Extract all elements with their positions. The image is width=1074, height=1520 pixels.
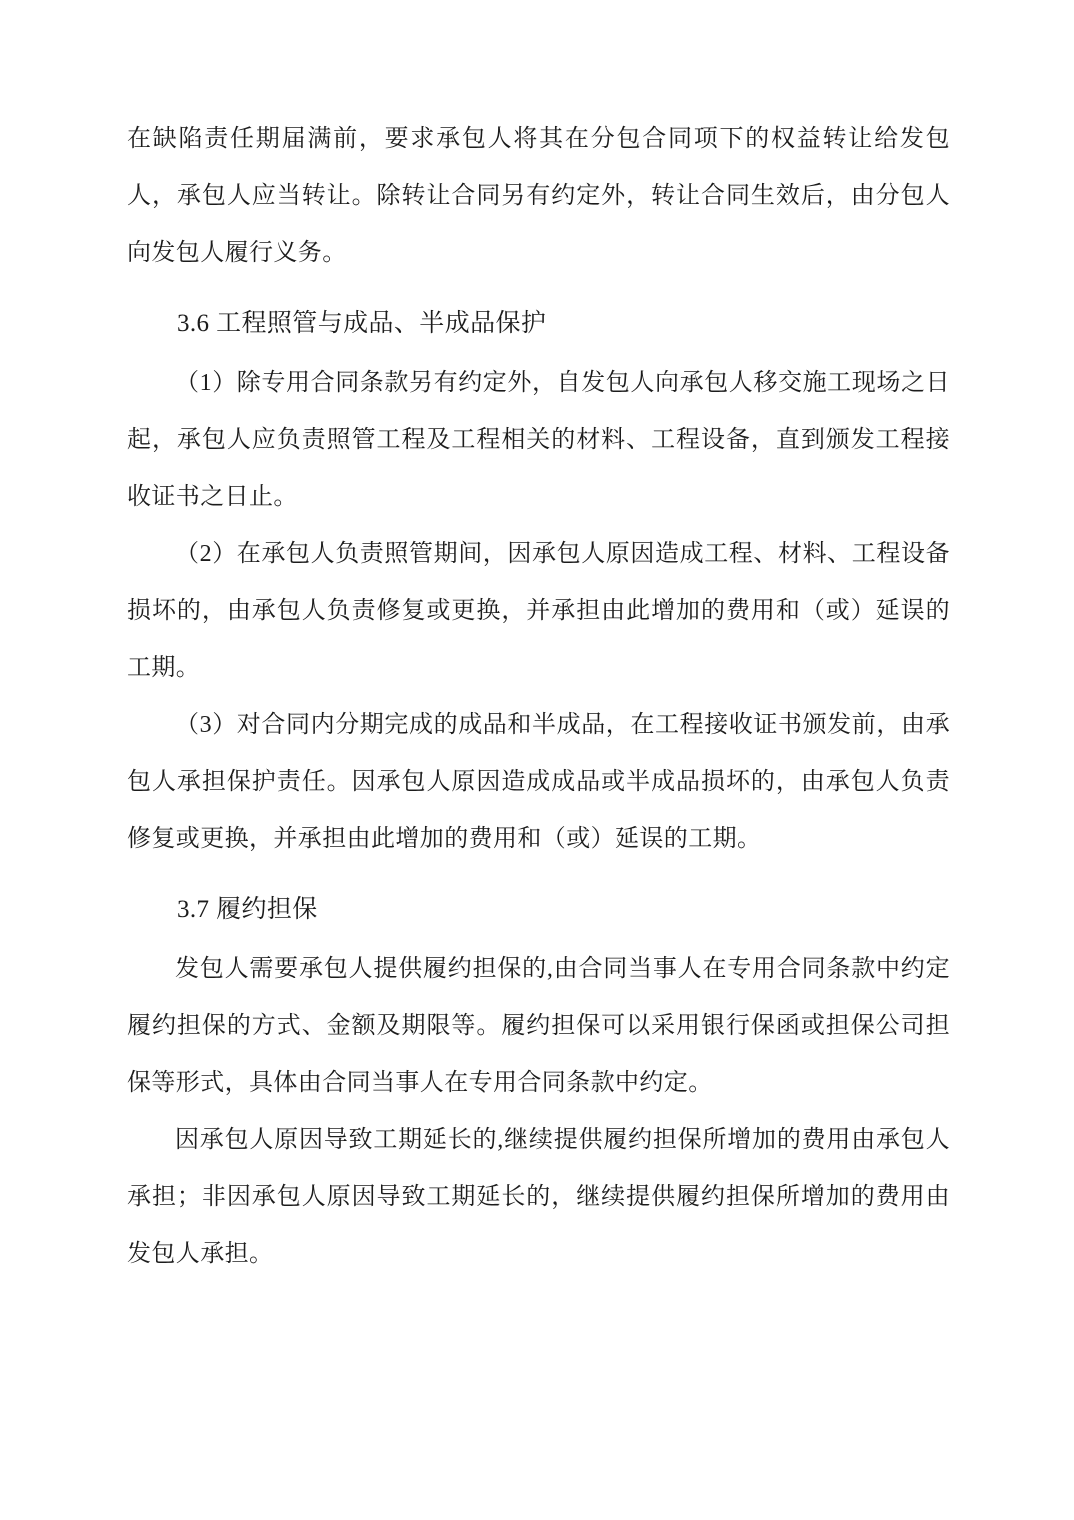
paragraph-3-7-guarantee-costs: 因承包人原因导致工期延长的,继续提供履约担保所增加的费用由承包人承担；非因承包人…: [127, 1112, 950, 1283]
paragraph-3-6-item-3: （3）对合同内分期完成的成品和半成品，在工程接收证书颁发前，由承包人承担保护责任…: [127, 697, 950, 868]
section-heading-3-7: 3.7 履约担保: [127, 881, 950, 938]
paragraph-subcontract-rights-transfer: 在缺陷责任期届满前，要求承包人将其在分包合同项下的权益转让给发包人，承包人应当转…: [127, 111, 950, 282]
paragraph-3-7-guarantee-terms: 发包人需要承包人提供履约担保的,由合同当事人在专用合同条款中约定履约担保的方式、…: [127, 941, 950, 1112]
section-heading-3-6: 3.6 工程照管与成品、半成品保护: [127, 295, 950, 352]
paragraph-3-6-item-1: （1）除专用合同条款另有约定外，自发包人向承包人移交施工现场之日起，承包人应负责…: [127, 355, 950, 526]
document-content: 在缺陷责任期届满前，要求承包人将其在分包合同项下的权益转让给发包人，承包人应当转…: [0, 0, 1074, 1283]
document-page: 在缺陷责任期届满前，要求承包人将其在分包合同项下的权益转让给发包人，承包人应当转…: [0, 0, 1074, 1520]
paragraph-3-6-item-2: （2）在承包人负责照管期间，因承包人原因造成工程、材料、工程设备损坏的，由承包人…: [127, 526, 950, 697]
